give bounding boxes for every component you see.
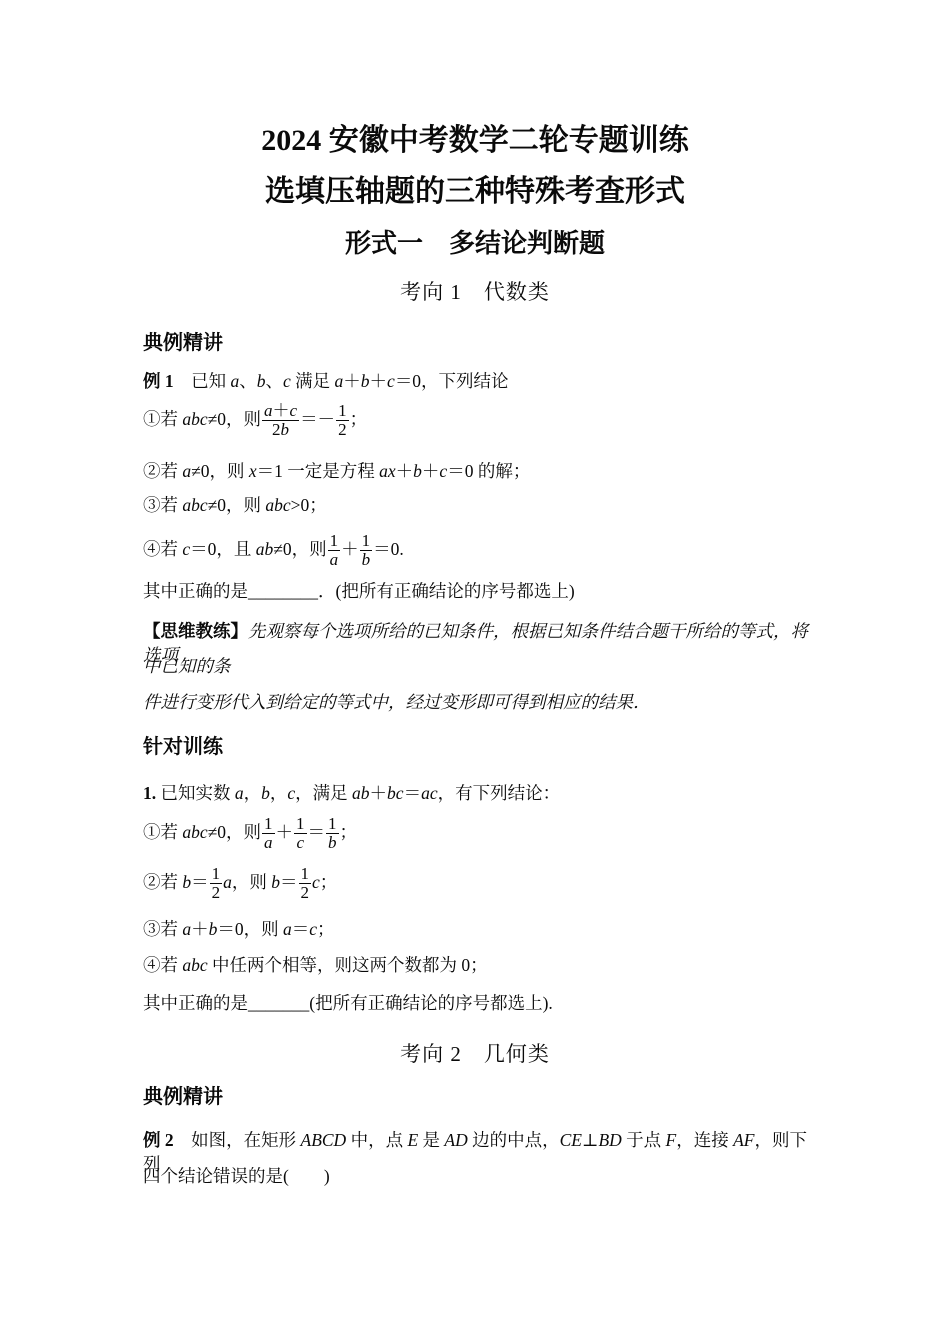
math-variable: b <box>257 371 266 391</box>
math-variable: c <box>439 461 447 481</box>
fraction-denominator: 2 <box>299 883 312 902</box>
math-variable: c <box>312 872 320 892</box>
fraction: a＋c2b <box>262 402 299 440</box>
example2-statement-line2: 四个结论错误的是( ) <box>143 1164 812 1188</box>
math-variable: c <box>283 371 291 391</box>
bold-label: 例 2 <box>143 1130 174 1150</box>
math-variable: ab <box>352 783 370 803</box>
fraction-denominator: 2 <box>336 420 349 439</box>
math-variable: abc <box>182 822 207 842</box>
fraction-denominator: a <box>328 550 341 569</box>
bold-label: 1. <box>143 783 156 803</box>
math-variable: b <box>361 371 370 391</box>
math-variable: CE <box>560 1130 582 1150</box>
math-variable: ab <box>256 539 274 559</box>
coach-note-line3: 件进行变形代入到给定的等式中，经过变形即可得到相应的结果． <box>143 690 812 714</box>
math-variable: b <box>362 550 371 569</box>
fraction: 1c <box>294 815 307 853</box>
fraction-numerator: 1 <box>336 402 349 420</box>
section1-heading: 考向 1 代数类 <box>0 277 950 307</box>
math-variable: c <box>387 371 395 391</box>
math-variable: b <box>261 783 270 803</box>
math-variable: c <box>290 401 298 420</box>
math-variable: c <box>296 833 304 852</box>
math-variable: abc <box>265 495 290 515</box>
fraction-numerator: 1 <box>328 532 341 550</box>
fraction-denominator: b <box>360 550 373 569</box>
fraction: 12 <box>299 865 312 903</box>
fraction-denominator: 2 <box>210 883 223 902</box>
section2-heading: 考向 2 几何类 <box>0 1039 950 1069</box>
bold-label: 【思维教练】 <box>143 621 248 641</box>
problem1-option-2: ②若 b＝12a，则 b＝12c； <box>143 856 812 908</box>
math-variable: b <box>328 833 337 852</box>
math-variable: b <box>281 420 290 439</box>
example1-option-2: ②若 a≠0，则 x＝1 一定是方程 ax＋b＋c＝0 的解； <box>143 459 812 483</box>
math-variable: abc <box>182 955 207 975</box>
example1-answer-blank: 其中正确的是________．(把所有正确结论的序号都选上) <box>143 579 812 603</box>
math-variable: AD <box>444 1130 467 1150</box>
section2-subheading-dianli: 典例精讲 <box>143 1084 812 1110</box>
math-variable: ax <box>379 461 396 481</box>
problem1-option-4: ④若 abc 中任两个相等，则这两个数都为 0； <box>143 953 812 977</box>
math-variable: a <box>231 371 240 391</box>
math-variable: a <box>330 550 339 569</box>
example1-statement: 例 1 已知 a、b、c 满足 a＋b＋c＝0，下列结论 <box>143 369 812 393</box>
math-variable: b <box>413 461 422 481</box>
math-variable: a <box>223 872 232 892</box>
math-variable: a <box>264 833 273 852</box>
math-variable: AF <box>733 1130 754 1150</box>
math-variable: c <box>182 539 190 559</box>
fraction-numerator: 1 <box>326 815 339 833</box>
document-title-line2: 选填压轴题的三种特殊考查形式 <box>0 173 950 211</box>
form-one-heading: 形式一 多结论判断题 <box>0 226 950 260</box>
fraction: 1b <box>326 815 339 853</box>
fraction: 1b <box>360 532 373 570</box>
fraction-denominator: 2b <box>262 420 299 439</box>
math-variable: BD <box>598 1130 621 1150</box>
math-variable: a <box>283 919 292 939</box>
coach-note-line2: 中已知的条 <box>143 654 812 678</box>
math-variable: E <box>407 1130 418 1150</box>
fraction: 1a <box>262 815 275 853</box>
math-variable: a <box>235 783 244 803</box>
document-page: 2024 安徽中考数学二轮专题训练 选填压轴题的三种特殊考查形式 形式一 多结论… <box>0 0 950 1344</box>
math-variable: c <box>309 919 317 939</box>
fraction: 12 <box>336 402 349 440</box>
math-variable: bc <box>387 783 404 803</box>
fraction-denominator: b <box>326 833 339 852</box>
math-variable: a <box>182 919 191 939</box>
math-variable: ac <box>421 783 438 803</box>
example1-option-3: ③若 abc≠0，则 abc>0； <box>143 493 812 517</box>
fraction: 1a <box>328 532 341 570</box>
problem1-option-3: ③若 a＋b＝0，则 a＝c； <box>143 917 812 941</box>
math-variable: b <box>209 919 218 939</box>
problem1-answer-blank: 其中正确的是_______(把所有正确结论的序号都选上). <box>143 991 812 1015</box>
section1-subheading-zhendui: 针对训练 <box>143 734 812 760</box>
problem1-statement: 1. 已知实数 a，b，c，满足 ab＋bc＝ac，有下列结论： <box>143 781 812 805</box>
section1-subheading-dianli: 典例精讲 <box>143 330 812 356</box>
fraction-denominator: c <box>294 833 307 852</box>
fraction-numerator: 1 <box>360 532 373 550</box>
fraction-denominator: a <box>262 833 275 852</box>
bold-label: 例 1 <box>143 371 174 391</box>
fraction-numerator: 1 <box>210 865 223 883</box>
math-variable: b <box>182 872 191 892</box>
example1-option-4: ④若 c＝0，且 ab≠0，则1a＋1b＝0. <box>143 523 812 575</box>
math-variable: c <box>287 783 295 803</box>
fraction: 12 <box>210 865 223 903</box>
math-variable: abc <box>182 409 207 429</box>
math-variable: ABCD <box>301 1130 347 1150</box>
fraction-numerator: a＋c <box>262 402 299 420</box>
fraction-numerator: 1 <box>299 865 312 883</box>
math-variable: a <box>182 461 191 481</box>
math-variable: a <box>264 401 273 420</box>
problem1-option-1: ①若 abc≠0，则1a＋1c＝1b； <box>143 806 812 858</box>
math-variable: x <box>249 461 257 481</box>
math-variable: b <box>271 872 280 892</box>
example1-option-1: ①若 abc≠0，则a＋c2b＝－12； <box>143 393 812 445</box>
math-variable: F <box>666 1130 677 1150</box>
fraction-numerator: 1 <box>294 815 307 833</box>
fraction-numerator: 1 <box>262 815 275 833</box>
math-variable: a <box>335 371 344 391</box>
document-title-line1: 2024 安徽中考数学二轮专题训练 <box>0 122 950 160</box>
math-variable: abc <box>182 495 207 515</box>
